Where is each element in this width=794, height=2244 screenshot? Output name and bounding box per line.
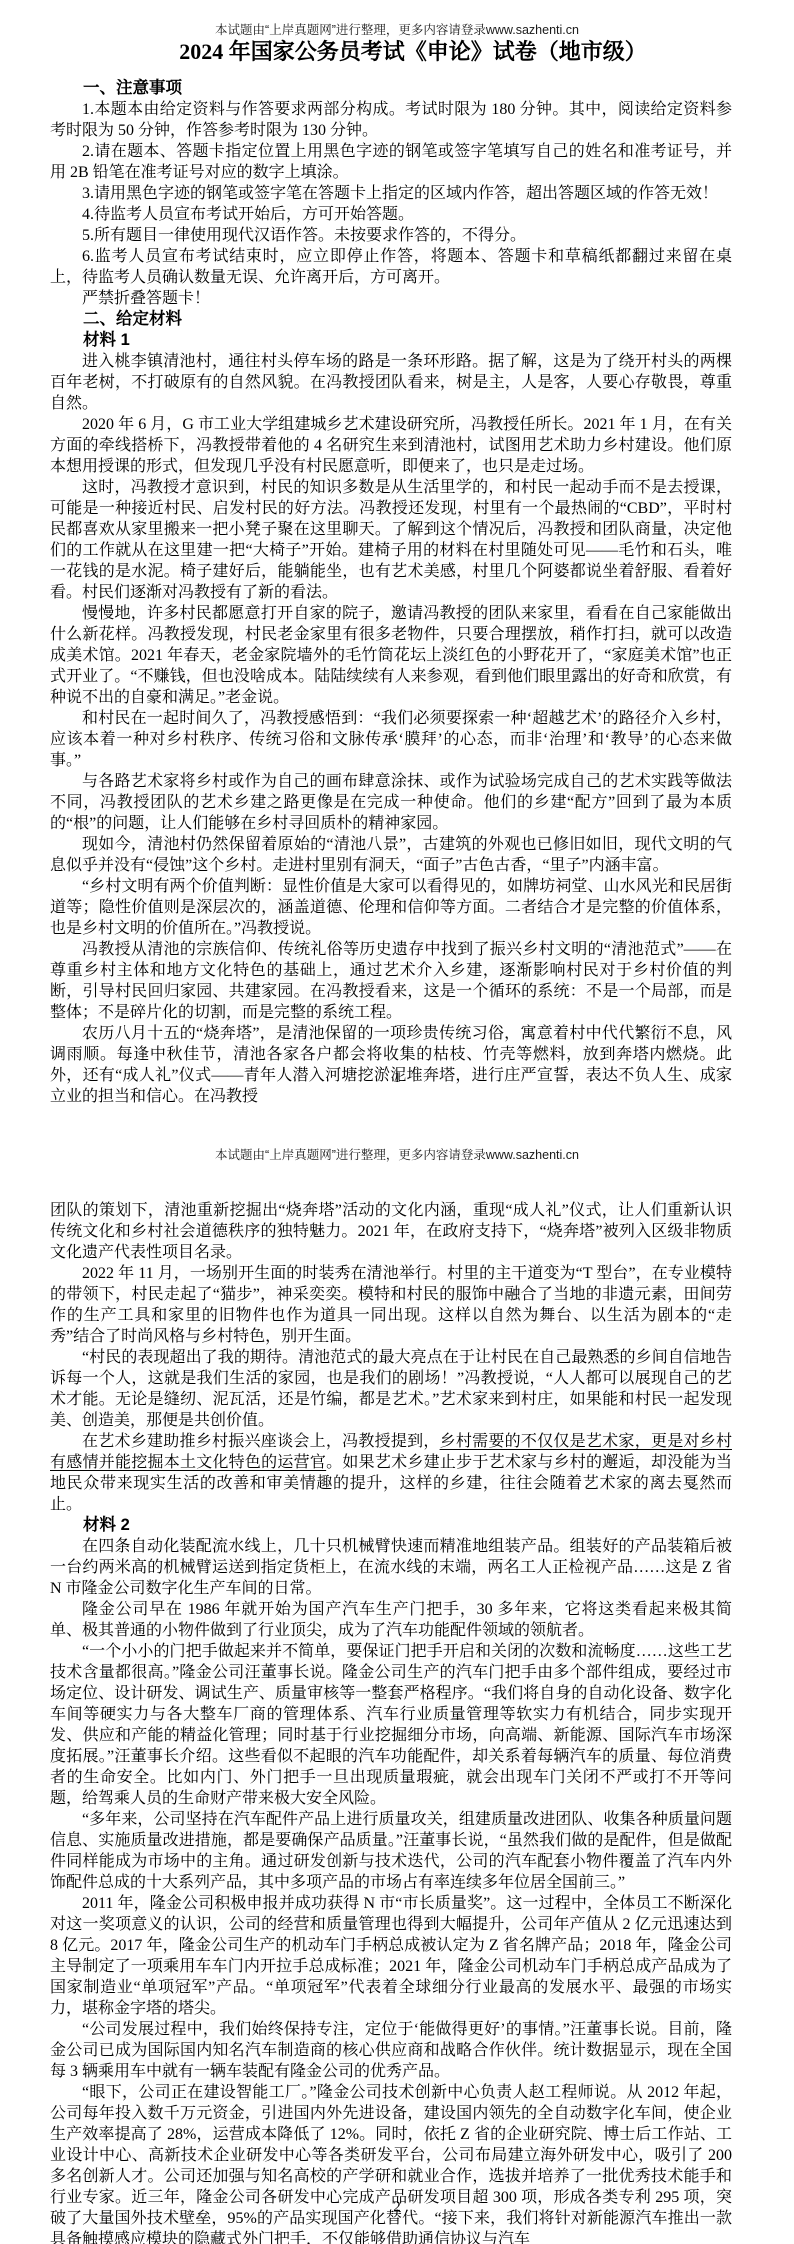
material1-paragraph: 2022 年 11 月，一场别开生面的时装秀在清池举行。村里的主干道变为“T 型…: [50, 1263, 732, 1347]
section-heading-materials: 二、给定材料: [50, 309, 732, 330]
notice-item-3: 3.请用黑色字迹的钢笔或签字笔在答题卡上指定的区域内作答，超出答题区域的作答无效…: [50, 183, 732, 204]
material1-paragraph: “村民的表现超出了我的期待。清池范式的最大亮点在于让村民在自己最熟悉的乡间自信地…: [50, 1347, 732, 1431]
material1-paragraph: 现如今，清池村仍然保留着原始的“清池八景”，古建筑的外观也已修旧如旧，现代文明的…: [50, 834, 732, 876]
material1-paragraph: 进入桃李镇清池村，通往村头停车场的路是一条环形路。据了解，这是为了绕开村头的两棵…: [50, 351, 732, 414]
exam-paper-page-1: 本试题由“上岸真题网”进行整理，更多内容请登录www.sazhenti.cn 2…: [0, 0, 794, 1122]
material2-paragraph: “眼下，公司正在建设智能工厂。”隆金公司技术创新中心负责人赵工程师说。从 201…: [50, 2082, 732, 2244]
notice-item-2: 2.请在题本、答题卡指定位置上用黑色字迹的钢笔或签字笔填写自己的姓名和准考证号，…: [50, 141, 732, 183]
section-heading-notices: 一、注意事项: [50, 78, 732, 99]
material1-paragraph: 与各路艺术家将乡村或作为自己的画布肆意涂抹、或作为试验场完成自己的艺术实践等做法…: [50, 771, 732, 834]
material2-paragraph: “公司发展过程中，我们始终保持专注，定位于‘能做得更好’的事情。”汪董事长说。目…: [50, 2019, 732, 2082]
exam-paper-page-2: 本试题由“上岸真题网”进行整理，更多内容请登录www.sazhenti.cn 团…: [0, 1122, 794, 2244]
notice-item-5: 5.所有题目一律使用现代汉语作答。未按要求作答的，不得分。: [50, 225, 732, 246]
material2-paragraph: 在四条自动化装配流水线上，几十只机械臂快速而精准地组装产品。组装好的产品装箱后被…: [50, 1536, 732, 1599]
material1-paragraph: 冯教授从清池的宗族信仰、传统礼俗等历史遗存中找到了振兴乡村文明的“清池范式”——…: [50, 939, 732, 1023]
material1-paragraph-continuation: 团队的策划下，清池重新挖掘出“烧奔塔”活动的文化内涵，重现“成人礼”仪式，让人们…: [50, 1200, 732, 1263]
material2-paragraph: 隆金公司早在 1986 年就开始为国产汽车生产门把手，30 多年来，它将这类看起…: [50, 1599, 732, 1641]
material2-paragraph: “一个小小的门把手做起来并不简单，要保证门把手开启和关闭的次数和流畅度……这些工…: [50, 1641, 732, 1809]
material1-paragraph: 和村民在一起时间久了，冯教授感悟到：“我们必须要探索一种‘超越艺术’的路径介入乡…: [50, 708, 732, 771]
notice-item-no-fold: 严禁折叠答题卡！: [50, 288, 732, 309]
notice-item-6: 6.监考人员宣布考试结束时，应立即停止作答，将题本、答题卡和草稿纸都翻过来留在桌…: [50, 246, 732, 288]
page1-content: 2024 年国家公务员考试《申论》试卷（地市级） 一、注意事项 1.本题本由给定…: [50, 38, 732, 1107]
source-watermark-header: 本试题由“上岸真题网”进行整理，更多内容请登录www.sazhenti.cn: [0, 0, 794, 38]
material-1-heading: 材料 1: [50, 330, 732, 351]
material1-paragraph: 2020 年 6 月，G 市工业大学组建城乡艺术建设研究所，冯教授任所长。202…: [50, 414, 732, 477]
material1-paragraph: 农历八月十五的“烧奔塔”，是清池保留的一项珍贵传统习俗，寓意着村中代代繁衍不息，…: [50, 1023, 732, 1107]
material1-paragraph: “乡村文明有两个价值判断：显性价值是大家可以看得见的，如牌坊祠堂、山水风光和民居…: [50, 876, 732, 939]
page2-content: 团队的策划下，清池重新挖掘出“烧奔塔”活动的文化内涵，重现“成人礼”仪式，让人们…: [50, 1200, 732, 2244]
material2-paragraph: 2011 年，隆金公司积极申报并成功获得 N 市“市长质量奖”。这一过程中，全体…: [50, 1893, 732, 2019]
notice-item-4: 4.待监考人员宣布考试开始后，方可开始答题。: [50, 204, 732, 225]
notice-item-1: 1.本题本由给定资料与作答要求两部分构成。考试时限为 180 分钟。其中，阅读给…: [50, 99, 732, 141]
source-watermark-header: 本试题由“上岸真题网”进行整理，更多内容请登录www.sazhenti.cn: [0, 1122, 794, 1163]
material1-paragraph: 这时，冯教授才意识到，村民的知识多数是从生活里学的，和村民一起动手而不是去授课，…: [50, 477, 732, 603]
material2-paragraph: “多年来，公司坚持在汽车配件产品上进行质量攻关，组建质量改进团队、收集各种质量问…: [50, 1809, 732, 1893]
page-number-2: 2: [0, 2197, 794, 2217]
material-2-heading: 材料 2: [50, 1515, 732, 1536]
material1-paragraph-seminar: 在艺术乡建助推乡村振兴座谈会上，冯教授提到，乡村需要的不仅仅是艺术家，更是对乡村…: [50, 1431, 732, 1515]
seminar-text-pre: 在艺术乡建助推乡村振兴座谈会上，冯教授提到，: [82, 1433, 440, 1450]
page-number-1: 1: [0, 1068, 794, 1088]
material1-paragraph: 慢慢地，许多村民都愿意打开自家的院子，邀请冯教授的团队来家里，看看在自己家能做出…: [50, 603, 732, 708]
paper-title: 2024 年国家公务员考试《申论》试卷（地市级）: [50, 38, 732, 66]
